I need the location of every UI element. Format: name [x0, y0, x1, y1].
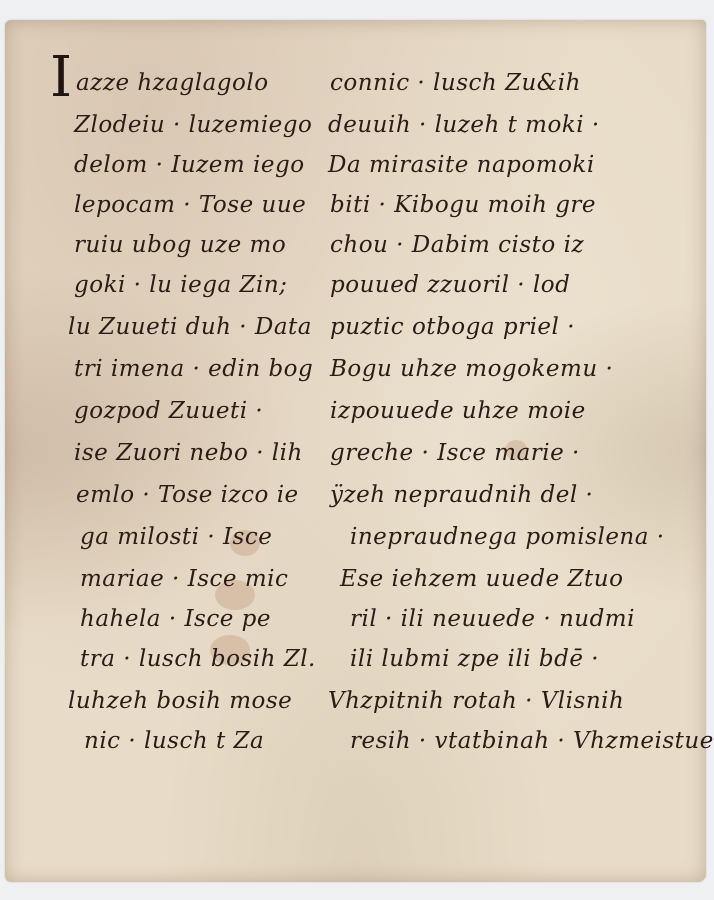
text-line: Zlodeiu · luzemiego [74, 112, 312, 138]
text-line: ili lubmi zpe ili bdē · [350, 646, 599, 672]
text-line: resih · vtatbinah · Vhzmeistue · [350, 728, 714, 754]
text-line: greche · Isce marie · [330, 440, 580, 466]
text-line: lepocam · Tose uue [74, 192, 306, 218]
text-line: lu Zuueti duh · Data [68, 314, 312, 340]
text-line: tri imena · edin bog [74, 356, 313, 382]
text-line: gozpod Zuueti · [74, 398, 263, 424]
text-line: Da mirasite napomoki [328, 152, 595, 178]
text-line: Ese iehzem uuede Ztuo [340, 566, 623, 592]
text-line: emlo · Tose izco ie [76, 482, 299, 508]
text-line: ril · ili neuuede · nudmi [350, 606, 635, 632]
text-line: ise Zuori nebo · lih [74, 440, 303, 466]
text-line: nic · lusch t Za [84, 728, 264, 754]
text-line: chou · Dabim cisto iz [330, 232, 584, 258]
text-line: puztic otboga priel · [330, 314, 575, 340]
text-line: tra · lusch bosih Zl. [80, 646, 316, 672]
text-line: mariae · Isce mic [80, 566, 288, 592]
text-line: ruiu ubog uze mo [74, 232, 286, 258]
text-line: hahela · Isce pe [80, 606, 271, 632]
text-line: ga milosti · Isce [80, 524, 272, 550]
illuminated-initial: I [50, 50, 72, 106]
text-line: izpouuede uhze moie [330, 398, 586, 424]
text-line: connic · lusch Zu&ih [330, 70, 581, 96]
text-line: Bogu uhze mogokemu · [330, 356, 613, 382]
text-line: luhzeh bosih mose [68, 688, 292, 714]
text-line: inepraudnega pomislena · [350, 524, 665, 550]
text-line: Vhzpitnih rotah · Vlisnih [328, 688, 624, 714]
text-line: goki · lu iega Zin; [74, 272, 287, 298]
text-line: biti · Kibogu moih gre [330, 192, 596, 218]
text-line: ÿzeh nepraudnih del · [330, 482, 593, 508]
text-line: deuuih · luzeh t moki · [328, 112, 600, 138]
text-line: pouued zzuoril · lod [330, 272, 570, 298]
text-line: azze hzaglagolo [76, 70, 269, 96]
text-line: delom · Iuzem iego [74, 152, 305, 178]
